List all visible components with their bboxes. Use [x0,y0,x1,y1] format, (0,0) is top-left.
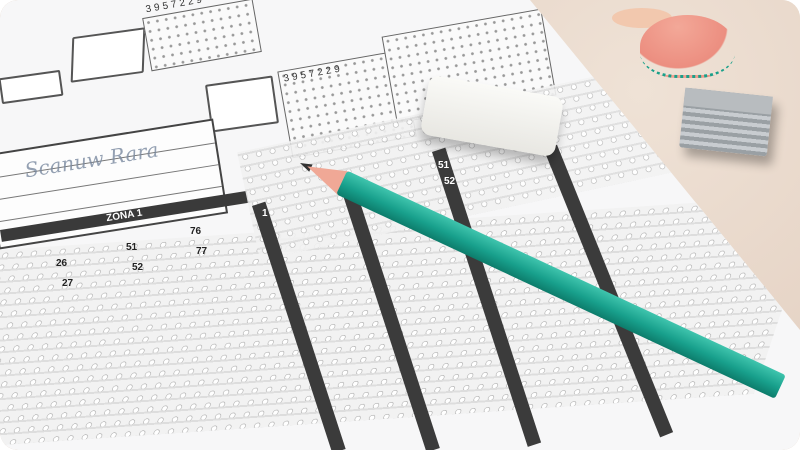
answer-bubbles [0,194,800,449]
question-number: 27 [62,278,73,289]
question-number: 51 [438,160,449,171]
question-number: 52 [444,176,455,187]
question-number: 26 [56,258,67,269]
form-box [0,70,64,104]
question-number: 1 [262,208,268,219]
id-grid-top: 3957229 [142,0,262,71]
photo-scene: 3957229 3957229 Scanuw Rara ZONA 1 26 27… [0,0,800,450]
id-digits-top: 3957229 [145,0,206,15]
question-number: 51 [126,242,137,253]
question-number: 52 [132,262,143,273]
id-digits-main: 3957229 [283,63,344,84]
question-number: 77 [196,246,207,257]
sharpener [679,88,773,157]
question-number: 76 [190,226,201,237]
form-box [71,27,146,83]
pencil-shaving [640,15,735,78]
form-box [205,76,279,133]
